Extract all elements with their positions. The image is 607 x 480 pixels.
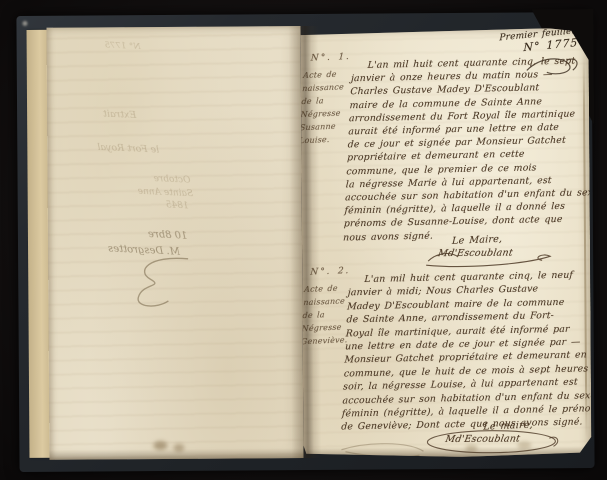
entry2-margin-number: N°. 2. [310, 265, 351, 280]
showthrough-note-date: 10 8bre [148, 229, 188, 242]
showthrough-word-year: 1845 [166, 200, 189, 211]
cover-corner-highlight [22, 21, 27, 26]
entry2-body: L'an mil huit cent quarante cinq, le neu… [341, 268, 593, 434]
signature-name: Md'Escoublant [444, 434, 521, 446]
entry1-signature: Md'Escoublant [424, 244, 554, 269]
showthrough-word-sainteanne: Sainte Anne [138, 187, 194, 200]
showthrough-word-extrait: Extrait [103, 109, 136, 122]
register-book: N° 1775 Extrait le Fort Royal Octobre Sa… [16, 12, 594, 472]
showthrough-word-octobre: Octobre [153, 174, 190, 186]
left-page: N° 1775 Extrait le Fort Royal Octobre Sa… [46, 26, 303, 460]
archival-scan: N° 1775 Extrait le Fort Royal Octobre Sa… [0, 0, 607, 480]
entry1-body: L'an mil huit cent quarante cinq, le sep… [343, 54, 586, 244]
left-page-bottom-shadow [49, 448, 303, 460]
showthrough-word-fortroyal: le Fort Royal [97, 142, 159, 156]
signature-name: Md'Escoublant [437, 248, 514, 260]
right-page: Premier feuillet. N° 1775 N°. 1. Acte de… [301, 28, 592, 458]
showthrough-flourish [128, 253, 198, 313]
left-page-showthrough-lines [46, 26, 303, 460]
showthrough-number: N° 1775 [105, 40, 141, 52]
entry1-margin-number: N°. 1. [310, 51, 351, 66]
